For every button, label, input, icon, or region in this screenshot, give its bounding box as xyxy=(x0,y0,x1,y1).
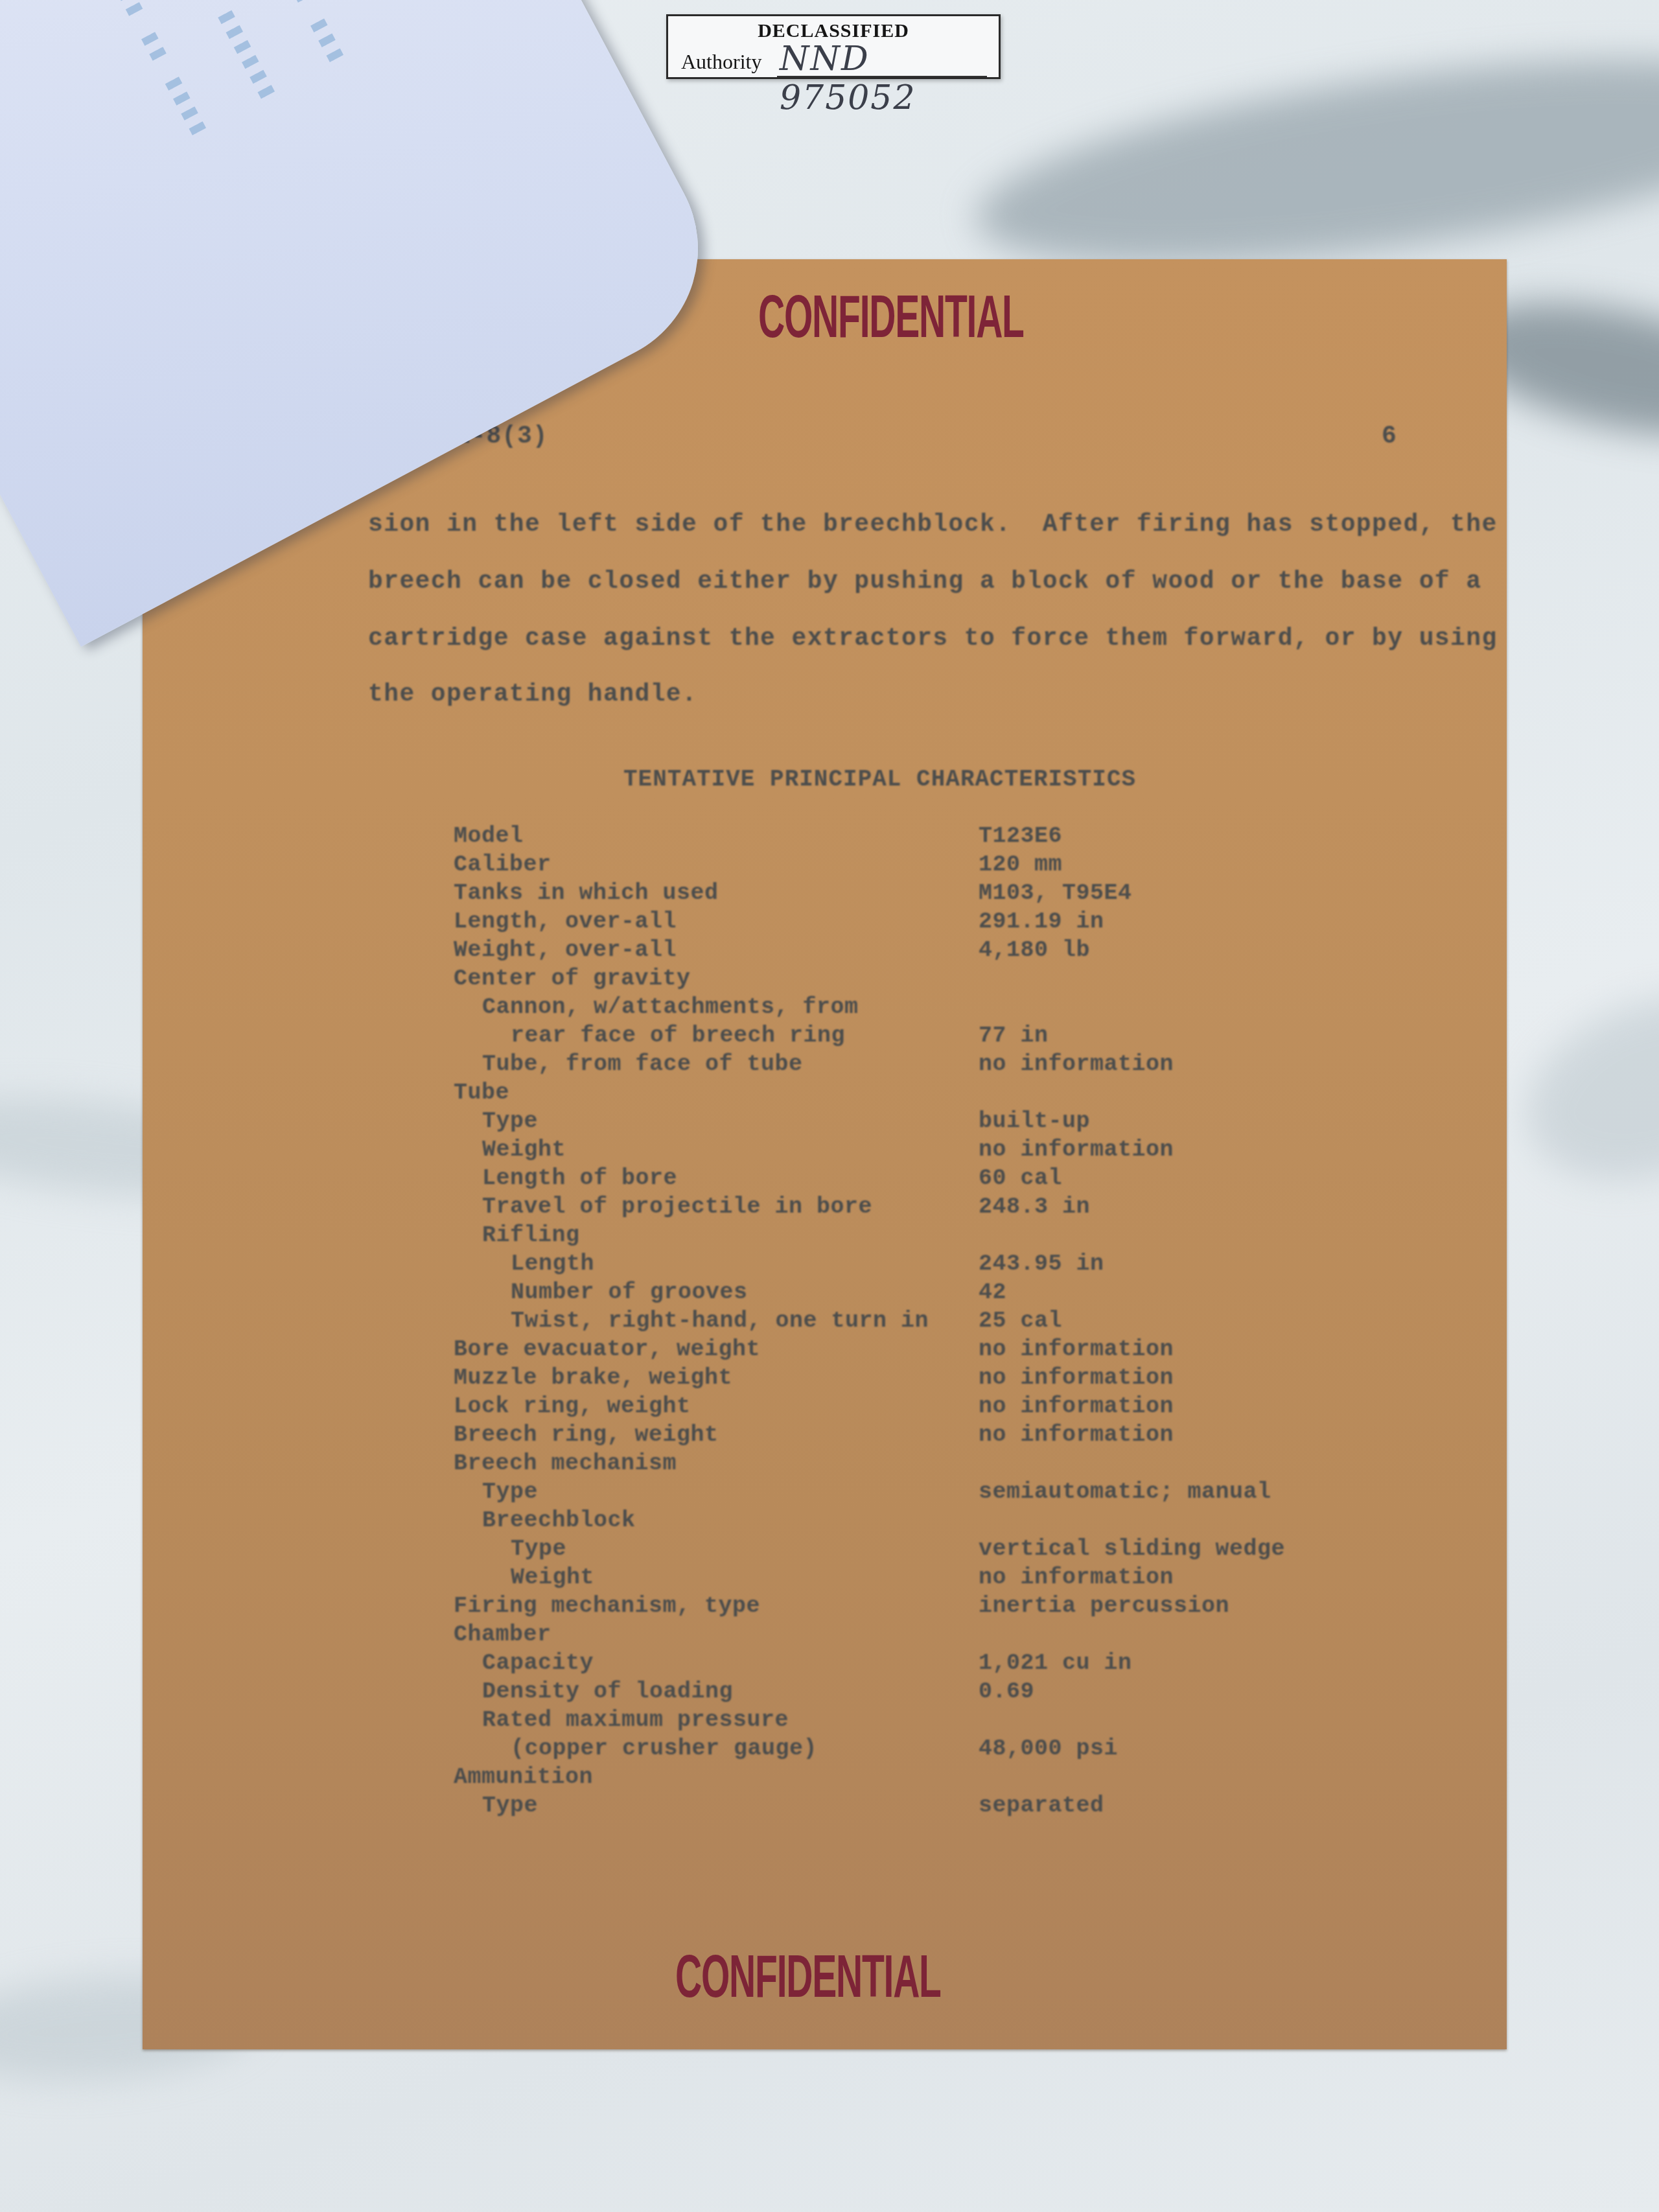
characteristic-value: built-up xyxy=(979,1108,1090,1134)
characteristic-row: rear face of breech ring77 in xyxy=(454,1023,1426,1051)
characteristic-label: Number of grooves xyxy=(511,1279,748,1305)
characteristic-value: vertical sliding wedge xyxy=(979,1536,1285,1562)
characteristic-label: Type xyxy=(511,1536,566,1562)
characteristic-value: 4,180 lb xyxy=(979,937,1090,963)
characteristic-row: (copper crusher gauge)48,000 psi xyxy=(454,1736,1426,1764)
marble-vein xyxy=(1502,965,1659,1212)
characteristic-row: Number of grooves42 xyxy=(454,1279,1426,1308)
characteristic-row: Breechblock xyxy=(454,1508,1426,1536)
characteristic-value: separated xyxy=(979,1793,1104,1819)
characteristic-value: 0.69 xyxy=(979,1679,1034,1705)
characteristic-label: Chamber xyxy=(454,1622,551,1647)
characteristic-row: Breech mechanism xyxy=(454,1450,1426,1479)
characteristic-label: Bore evacuator, weight xyxy=(454,1336,760,1362)
characteristic-label: Capacity xyxy=(482,1650,594,1676)
characteristic-row: Cannon, w/attachments, from xyxy=(454,994,1426,1023)
characteristic-row: Length of bore60 cal xyxy=(454,1165,1426,1194)
authority-value: NND 975052 xyxy=(780,40,999,117)
characteristic-label: Type xyxy=(482,1793,538,1819)
characteristic-label: Rated maximum pressure xyxy=(482,1707,789,1733)
characteristics-table: ModelT123E6Caliber120 mmTanks in which u… xyxy=(454,823,1426,1821)
characteristic-value: 60 cal xyxy=(979,1165,1062,1191)
characteristic-label: Ammunition xyxy=(454,1764,593,1790)
characteristic-row: Ammunition xyxy=(454,1764,1426,1793)
characteristic-label: Weight xyxy=(511,1565,594,1590)
characteristic-label: Caliber xyxy=(454,852,551,878)
characteristic-label: Tube, from face of tube xyxy=(482,1051,803,1077)
characteristic-row: Firing mechanism, typeinertia percussion xyxy=(454,1593,1426,1622)
characteristic-row: Density of loading0.69 xyxy=(454,1679,1426,1707)
characteristic-label: Type xyxy=(482,1108,538,1134)
characteristic-row: Length, over-all291.19 in xyxy=(454,909,1426,937)
paragraph-line: sion in the left side of the breechblock… xyxy=(368,511,1498,539)
characteristic-row: Caliber120 mm xyxy=(454,852,1426,880)
characteristic-label: Rifling xyxy=(482,1222,580,1248)
characteristic-value: inertia percussion xyxy=(979,1593,1229,1619)
characteristic-row: Travel of projectile in bore248.3 in xyxy=(454,1194,1426,1222)
bleed-through-text: ▮▮▮▮ ▮▮ ▮▮▮▮▮ xyxy=(85,0,216,143)
characteristic-row: Weight, over-all4,180 lb xyxy=(454,937,1426,966)
characteristic-value: no information xyxy=(979,1336,1174,1362)
document-page: CONFIDENTIAL TIR 1-1-8(3) 6 sion in the … xyxy=(143,259,1507,2049)
characteristic-label: Length xyxy=(511,1251,594,1277)
characteristic-label: Tanks in which used xyxy=(454,880,719,906)
characteristic-value: no information xyxy=(979,1422,1174,1448)
characteristic-value: 48,000 psi xyxy=(979,1736,1118,1762)
paragraph-line: breech can be closed either by pushing a… xyxy=(368,568,1481,596)
characteristic-row: Weightno information xyxy=(454,1565,1426,1593)
page-number: 6 xyxy=(1382,423,1397,450)
confidential-stamp-top: CONFIDENTIAL xyxy=(758,283,1024,351)
characteristic-value: 243.95 in xyxy=(979,1251,1104,1277)
characteristic-value: 1,021 cu in xyxy=(979,1650,1132,1676)
characteristic-row: Typevertical sliding wedge xyxy=(454,1536,1426,1565)
characteristic-label: Twist, right-hand, one turn in xyxy=(511,1308,929,1334)
characteristics-title: TENTATIVE PRINCIPAL CHARACTERISTICS xyxy=(623,766,1136,793)
characteristic-label: Length of bore xyxy=(482,1165,677,1191)
characteristic-row: Rated maximum pressure xyxy=(454,1707,1426,1736)
paragraph-line: the operating handle. xyxy=(368,681,697,708)
characteristic-label: Breechblock xyxy=(482,1508,636,1533)
characteristic-row: Tanks in which usedM103, T95E4 xyxy=(454,880,1426,909)
characteristic-label: Cannon, w/attachments, from xyxy=(482,994,859,1020)
characteristic-label: Weight xyxy=(482,1137,566,1163)
characteristic-row: Tube xyxy=(454,1080,1426,1108)
characteristic-label: Travel of projectile in bore xyxy=(482,1194,872,1220)
characteristic-value: 25 cal xyxy=(979,1308,1062,1334)
characteristic-value: 248.3 in xyxy=(979,1194,1090,1220)
characteristic-value: 42 xyxy=(979,1279,1006,1305)
confidential-stamp-bottom: CONFIDENTIAL xyxy=(675,1943,941,2011)
characteristic-label: Model xyxy=(454,823,524,849)
characteristic-label: Type xyxy=(482,1479,538,1505)
characteristic-row: Bore evacuator, weightno information xyxy=(454,1336,1426,1365)
characteristic-label: Length, over-all xyxy=(454,909,677,935)
characteristic-row: Length243.95 in xyxy=(454,1251,1426,1279)
characteristic-value: no information xyxy=(979,1051,1174,1077)
declassified-title: DECLASSIFIED xyxy=(668,20,999,42)
characteristic-value: 77 in xyxy=(979,1023,1049,1049)
characteristic-value: no information xyxy=(979,1565,1174,1590)
characteristic-label: Weight, over-all xyxy=(454,937,677,963)
declassified-label: DECLASSIFIED Authority NND 975052 xyxy=(666,14,1001,79)
characteristic-value: semiautomatic; manual xyxy=(979,1479,1271,1505)
characteristic-row: Weightno information xyxy=(454,1137,1426,1165)
characteristic-row: Capacity1,021 cu in xyxy=(454,1650,1426,1679)
characteristic-row: ModelT123E6 xyxy=(454,823,1426,852)
characteristic-value: no information xyxy=(979,1393,1174,1419)
characteristic-row: Tube, from face of tubeno information xyxy=(454,1051,1426,1080)
characteristic-row: Center of gravity xyxy=(454,966,1426,994)
characteristic-label: Muzzle brake, weight xyxy=(454,1365,732,1391)
characteristic-value: M103, T95E4 xyxy=(979,880,1132,906)
characteristic-label: Breech ring, weight xyxy=(454,1422,719,1448)
characteristic-value: 120 mm xyxy=(979,852,1062,878)
authority-label: Authority xyxy=(681,50,761,74)
characteristic-label: (copper crusher gauge) xyxy=(511,1736,817,1762)
characteristic-label: Firing mechanism, type xyxy=(454,1593,760,1619)
characteristic-row: Twist, right-hand, one turn in25 cal xyxy=(454,1308,1426,1336)
characteristic-row: Lock ring, weightno information xyxy=(454,1393,1426,1422)
authority-underline xyxy=(777,76,987,77)
characteristic-row: Typeseparated xyxy=(454,1793,1426,1821)
characteristic-value: no information xyxy=(979,1365,1174,1391)
characteristic-label: Breech mechanism xyxy=(454,1450,677,1476)
characteristic-label: Center of gravity xyxy=(454,966,691,992)
characteristic-row: Typesemiautomatic; manual xyxy=(454,1479,1426,1508)
characteristic-value: no information xyxy=(979,1137,1174,1163)
characteristic-row: Breech ring, weightno information xyxy=(454,1422,1426,1450)
paragraph-line: cartridge case against the extractors to… xyxy=(368,625,1498,653)
characteristic-row: Typebuilt-up xyxy=(454,1108,1426,1137)
characteristic-label: Tube xyxy=(454,1080,509,1106)
characteristic-value: T123E6 xyxy=(979,823,1062,849)
characteristic-label: rear face of breech ring xyxy=(511,1023,845,1049)
characteristic-label: Density of loading xyxy=(482,1679,733,1705)
characteristic-value: 291.19 in xyxy=(979,909,1104,935)
characteristic-label: Lock ring, weight xyxy=(454,1393,691,1419)
characteristic-row: Chamber xyxy=(454,1622,1426,1650)
characteristic-row: Muzzle brake, weightno information xyxy=(454,1365,1426,1393)
characteristic-row: Rifling xyxy=(454,1222,1426,1251)
